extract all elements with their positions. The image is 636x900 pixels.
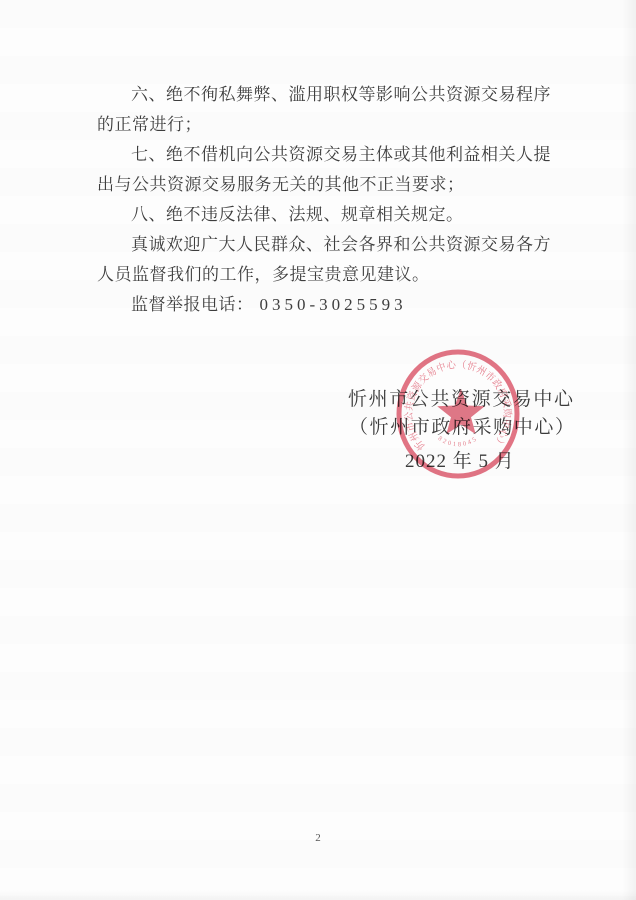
body-line: 六、绝不徇私舞弊、滥用职权等影响公共资源交易程序 bbox=[97, 80, 567, 110]
hotline-label: 监督举报电话： bbox=[131, 295, 254, 314]
document-page: 六、绝不徇私舞弊、滥用职权等影响公共资源交易程序 的正常进行； 七、绝不借机向公… bbox=[0, 0, 636, 900]
signature-org: 忻州市公共资源交易中心 bbox=[348, 384, 575, 411]
body-line: 出与公共资源交易服务无关的其他不正当要求； bbox=[97, 170, 567, 200]
scan-edge-shadow-bottom bbox=[0, 890, 636, 900]
signature-date: 2022 年 5 月 bbox=[405, 446, 515, 473]
body-line: 七、绝不借机向公共资源交易主体或其他利益相关人提 bbox=[97, 140, 567, 170]
hotline-line: 监督举报电话：0350-3025593 bbox=[97, 290, 567, 320]
page-number: 2 bbox=[0, 832, 636, 844]
body-line: 真诚欢迎广大人民群众、社会各界和公共资源交易各方 bbox=[97, 230, 567, 260]
body-line: 的正常进行； bbox=[97, 110, 567, 140]
scan-edge-shadow-right bbox=[622, 0, 636, 900]
signature-org-alt: （忻州市政府采购中心） bbox=[349, 412, 576, 439]
body-line: 八、绝不违反法律、法规、规章相关规定。 bbox=[97, 200, 567, 230]
body-line: 人员监督我们的工作，多提宝贵意见建议。 bbox=[97, 260, 567, 290]
hotline-number: 0350-3025593 bbox=[260, 295, 407, 314]
body-text-block: 六、绝不徇私舞弊、滥用职权等影响公共资源交易程序 的正常进行； 七、绝不借机向公… bbox=[97, 80, 567, 320]
